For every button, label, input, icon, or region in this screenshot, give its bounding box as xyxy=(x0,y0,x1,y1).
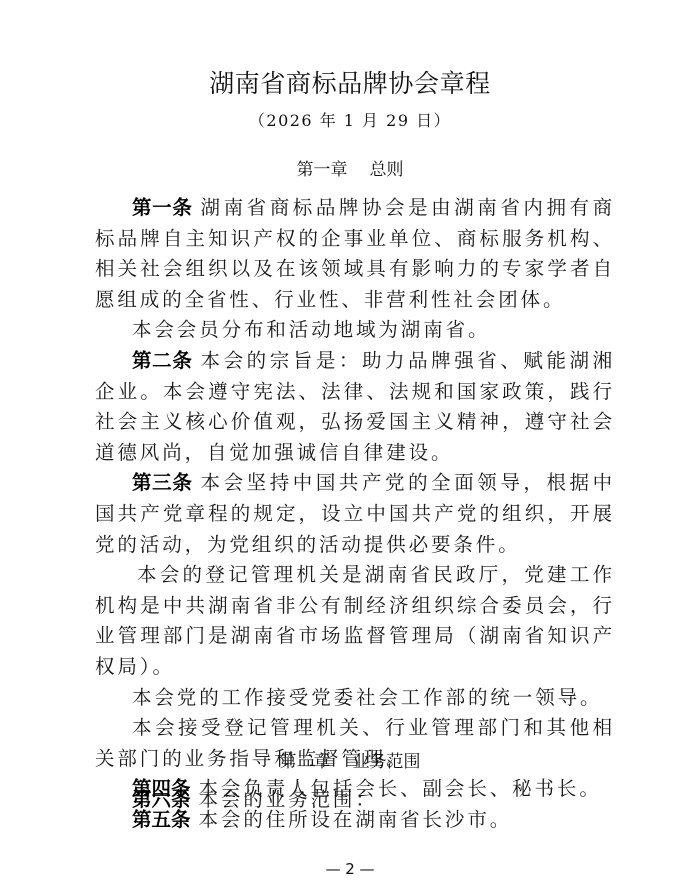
article-1: 第一条湖南省商标品牌协会是由湖南省内拥有商标品牌自主知识产权的企事业单位、商标服… xyxy=(95,193,615,315)
chapter-number: 第二章 xyxy=(280,752,331,772)
chapter-name: 总则 xyxy=(370,160,404,180)
page-number: — 2 — xyxy=(0,859,700,879)
paragraph-text: 本会党的工作接受党委社会工作部的统一领导。 xyxy=(132,686,602,709)
article-label: 第一条 xyxy=(132,196,193,219)
article-3: 第三条本会坚持中国共产党的全面领导，根据中国共产党章程的规定，设立中国共产党的组… xyxy=(95,468,615,560)
chapter-2-body: 第六条本会的业务范围： xyxy=(95,785,615,816)
paragraph-region: 本会会员分布和活动地域为湖南省。 xyxy=(95,315,615,346)
article-6: 第六条本会的业务范围： xyxy=(95,785,615,816)
chapter-1-body: 第一条湖南省商标品牌协会是由湖南省内拥有商标品牌自主知识产权的企事业单位、商标服… xyxy=(95,193,615,835)
article-label: 第六条 xyxy=(132,788,191,811)
document-title: 湖南省商标品牌协会章程 xyxy=(0,66,700,102)
article-label: 第二条 xyxy=(132,349,193,372)
document-page: 湖南省商标品牌协会章程 （2026 年 1 月 29 日） 第一章总则 第一条湖… xyxy=(0,0,700,882)
document-date: （2026 年 1 月 29 日） xyxy=(0,110,700,132)
chapter-name: 业务范围 xyxy=(353,752,421,772)
paragraph-text: 本会的登记管理机关是湖南省民政厅，党建工作机构是中共湖南省非公有制经济组织综合委… xyxy=(95,563,615,678)
paragraph-text: 本会会员分布和活动地域为湖南省。 xyxy=(132,318,490,341)
article-label: 第三条 xyxy=(132,471,193,494)
article-2: 第二条本会的宗旨是：助力品牌强省、赋能湖湘企业。本会遵守宪法、法律、法规和国家政… xyxy=(95,346,615,468)
chapter-number: 第一章 xyxy=(297,160,348,180)
chapter-heading-2: 第二章业务范围 xyxy=(0,750,700,774)
paragraph-party-leadership: 本会党的工作接受党委社会工作部的统一领导。 xyxy=(95,683,615,714)
chapter-heading-1: 第一章总则 xyxy=(0,158,700,182)
article-text: 本会的业务范围： xyxy=(199,788,378,811)
paragraph-registration: 本会的登记管理机关是湖南省民政厅，党建工作机构是中共湖南省非公有制经济组织综合委… xyxy=(95,560,615,682)
